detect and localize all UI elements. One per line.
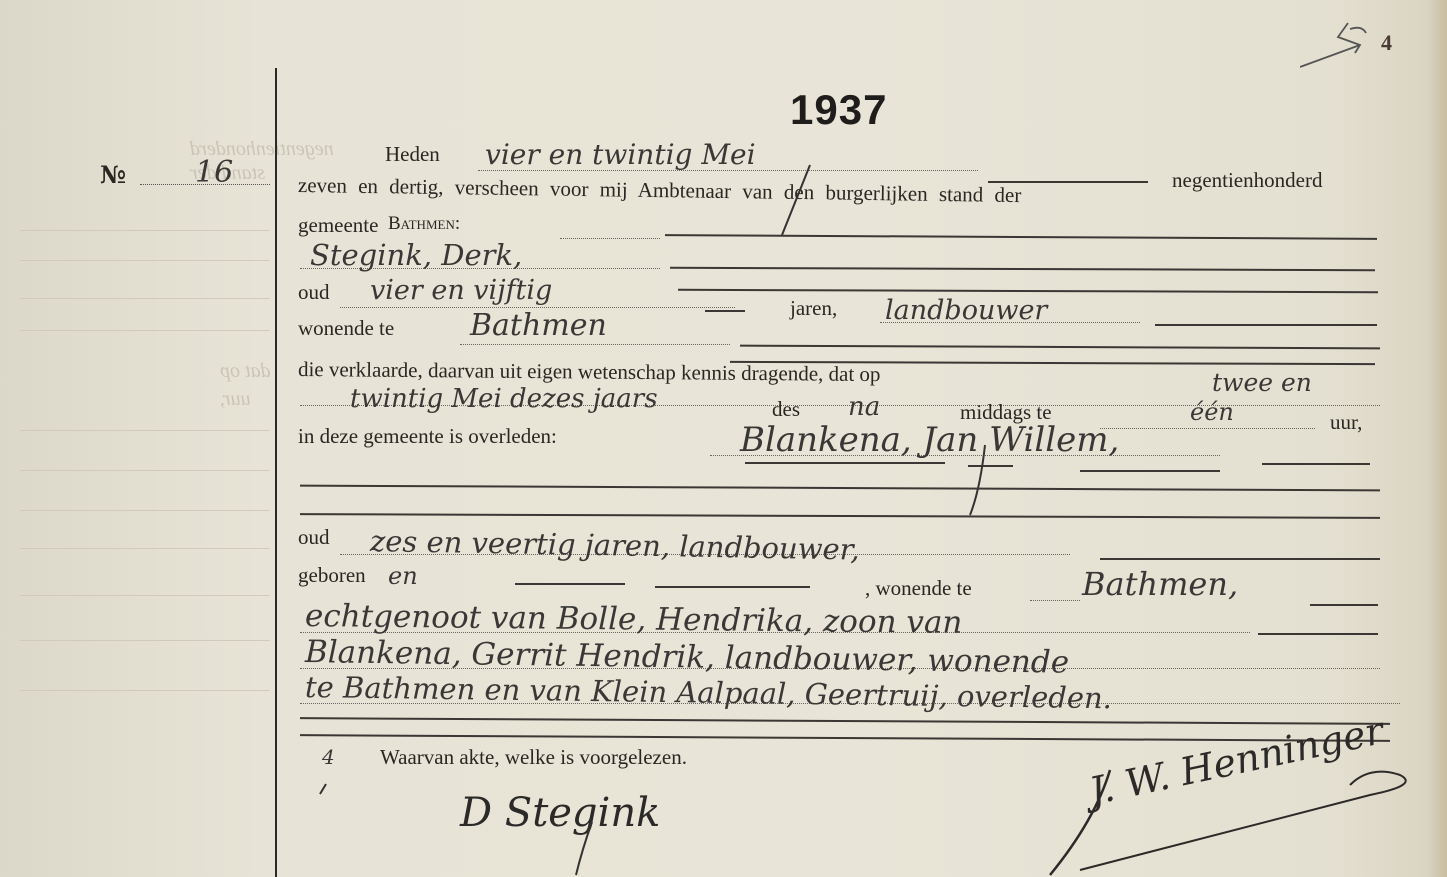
fill-rule xyxy=(300,717,1390,725)
fill-rule xyxy=(1262,463,1370,465)
handwritten-date: vier en twintig Mei xyxy=(485,138,756,171)
bleed-text: uur, xyxy=(220,388,251,411)
dotted-fill-line xyxy=(460,344,730,345)
margin-rule xyxy=(20,330,270,331)
registrar-flourish-icon xyxy=(1040,760,1420,877)
declarant-age: vier en vijftig xyxy=(370,275,552,306)
margin-rule xyxy=(20,230,270,231)
margin-rule xyxy=(20,640,270,641)
deceased-age-occupation: zes en veertig jaren, landbouwer, xyxy=(370,524,860,567)
margin-rule xyxy=(20,595,270,596)
fill-rule xyxy=(740,345,1380,350)
margin-divider xyxy=(275,68,277,877)
printed-text: oud xyxy=(298,280,330,305)
fill-rule xyxy=(705,310,745,312)
fill-rule xyxy=(1310,604,1378,606)
declarant-residence: Bathmen xyxy=(470,308,607,343)
death-date-part2: twintig Mei dezes jaars xyxy=(350,384,658,414)
printed-text: geboren xyxy=(298,563,366,588)
caret-mark-icon xyxy=(316,778,336,798)
name-underline xyxy=(745,462,945,464)
margin-rule xyxy=(20,510,270,511)
printed-text: jaren, xyxy=(790,296,837,321)
deceased-residence: Bathmen, xyxy=(1082,565,1238,603)
record-number-value: 16 xyxy=(195,155,233,190)
dotted-fill-line xyxy=(1030,600,1080,601)
printed-text: oud xyxy=(298,525,330,550)
page-number: 4 xyxy=(1381,30,1392,56)
printed-text: zeven en dertig, verscheen voor mij Ambt… xyxy=(298,173,1022,208)
declarant-signature: D Stegink xyxy=(460,790,660,836)
document-year: 1937 xyxy=(790,86,887,134)
fill-rule xyxy=(1258,633,1378,635)
fill-rule xyxy=(1100,558,1380,560)
page-edge xyxy=(1427,0,1447,877)
name-underline xyxy=(1080,470,1220,472)
printed-text: gemeente xyxy=(298,213,378,238)
fill-rule xyxy=(678,289,1378,293)
birthplace: en xyxy=(388,562,418,590)
death-date-part1: twee en xyxy=(1212,368,1312,397)
pen-stroke-icon xyxy=(770,160,820,240)
margin-marker: 4 xyxy=(322,745,335,769)
margin-rule xyxy=(20,430,270,431)
signature-flourish-icon xyxy=(570,820,600,877)
printed-text: uur, xyxy=(1330,410,1362,435)
fill-rule xyxy=(300,485,1380,492)
declarant-name: Stegink, Derk, xyxy=(310,238,522,272)
fill-rule xyxy=(1155,324,1377,326)
fill-rule xyxy=(300,513,1380,519)
death-hour: één xyxy=(1190,398,1234,426)
margin-rule xyxy=(20,548,270,549)
deceased-name: Blankena, Jan Willem, xyxy=(740,420,1119,460)
time-of-day: na xyxy=(848,392,880,422)
margin-rule xyxy=(20,690,270,691)
margin-rule xyxy=(20,298,270,299)
bleed-text: dat op xyxy=(220,360,271,383)
pen-stroke-icon xyxy=(960,440,1000,520)
printed-text: des xyxy=(772,397,800,422)
printed-text: , wonende te xyxy=(865,576,972,601)
margin-rule xyxy=(20,260,270,261)
declarant-occupation: landbouwer xyxy=(885,295,1047,326)
fill-rule xyxy=(655,586,810,588)
corner-mark-icon xyxy=(1300,15,1375,70)
dotted-fill-line xyxy=(1100,428,1315,429)
municipality-name: Bathmen: xyxy=(388,213,460,235)
fill-rule xyxy=(515,583,625,585)
printed-text: wonende te xyxy=(298,316,394,341)
record-number-label: № xyxy=(100,160,126,189)
margin-rule xyxy=(20,470,270,471)
printed-text: negentienhonderd xyxy=(1172,168,1322,193)
printed-text: in deze gemeente is overleden: xyxy=(298,424,557,449)
closing-statement: Waarvan akte, welke is voorgelezen. xyxy=(380,745,687,770)
dotted-fill-line xyxy=(560,238,660,239)
printed-text: Heden xyxy=(385,142,440,167)
fill-rule xyxy=(670,267,1375,271)
